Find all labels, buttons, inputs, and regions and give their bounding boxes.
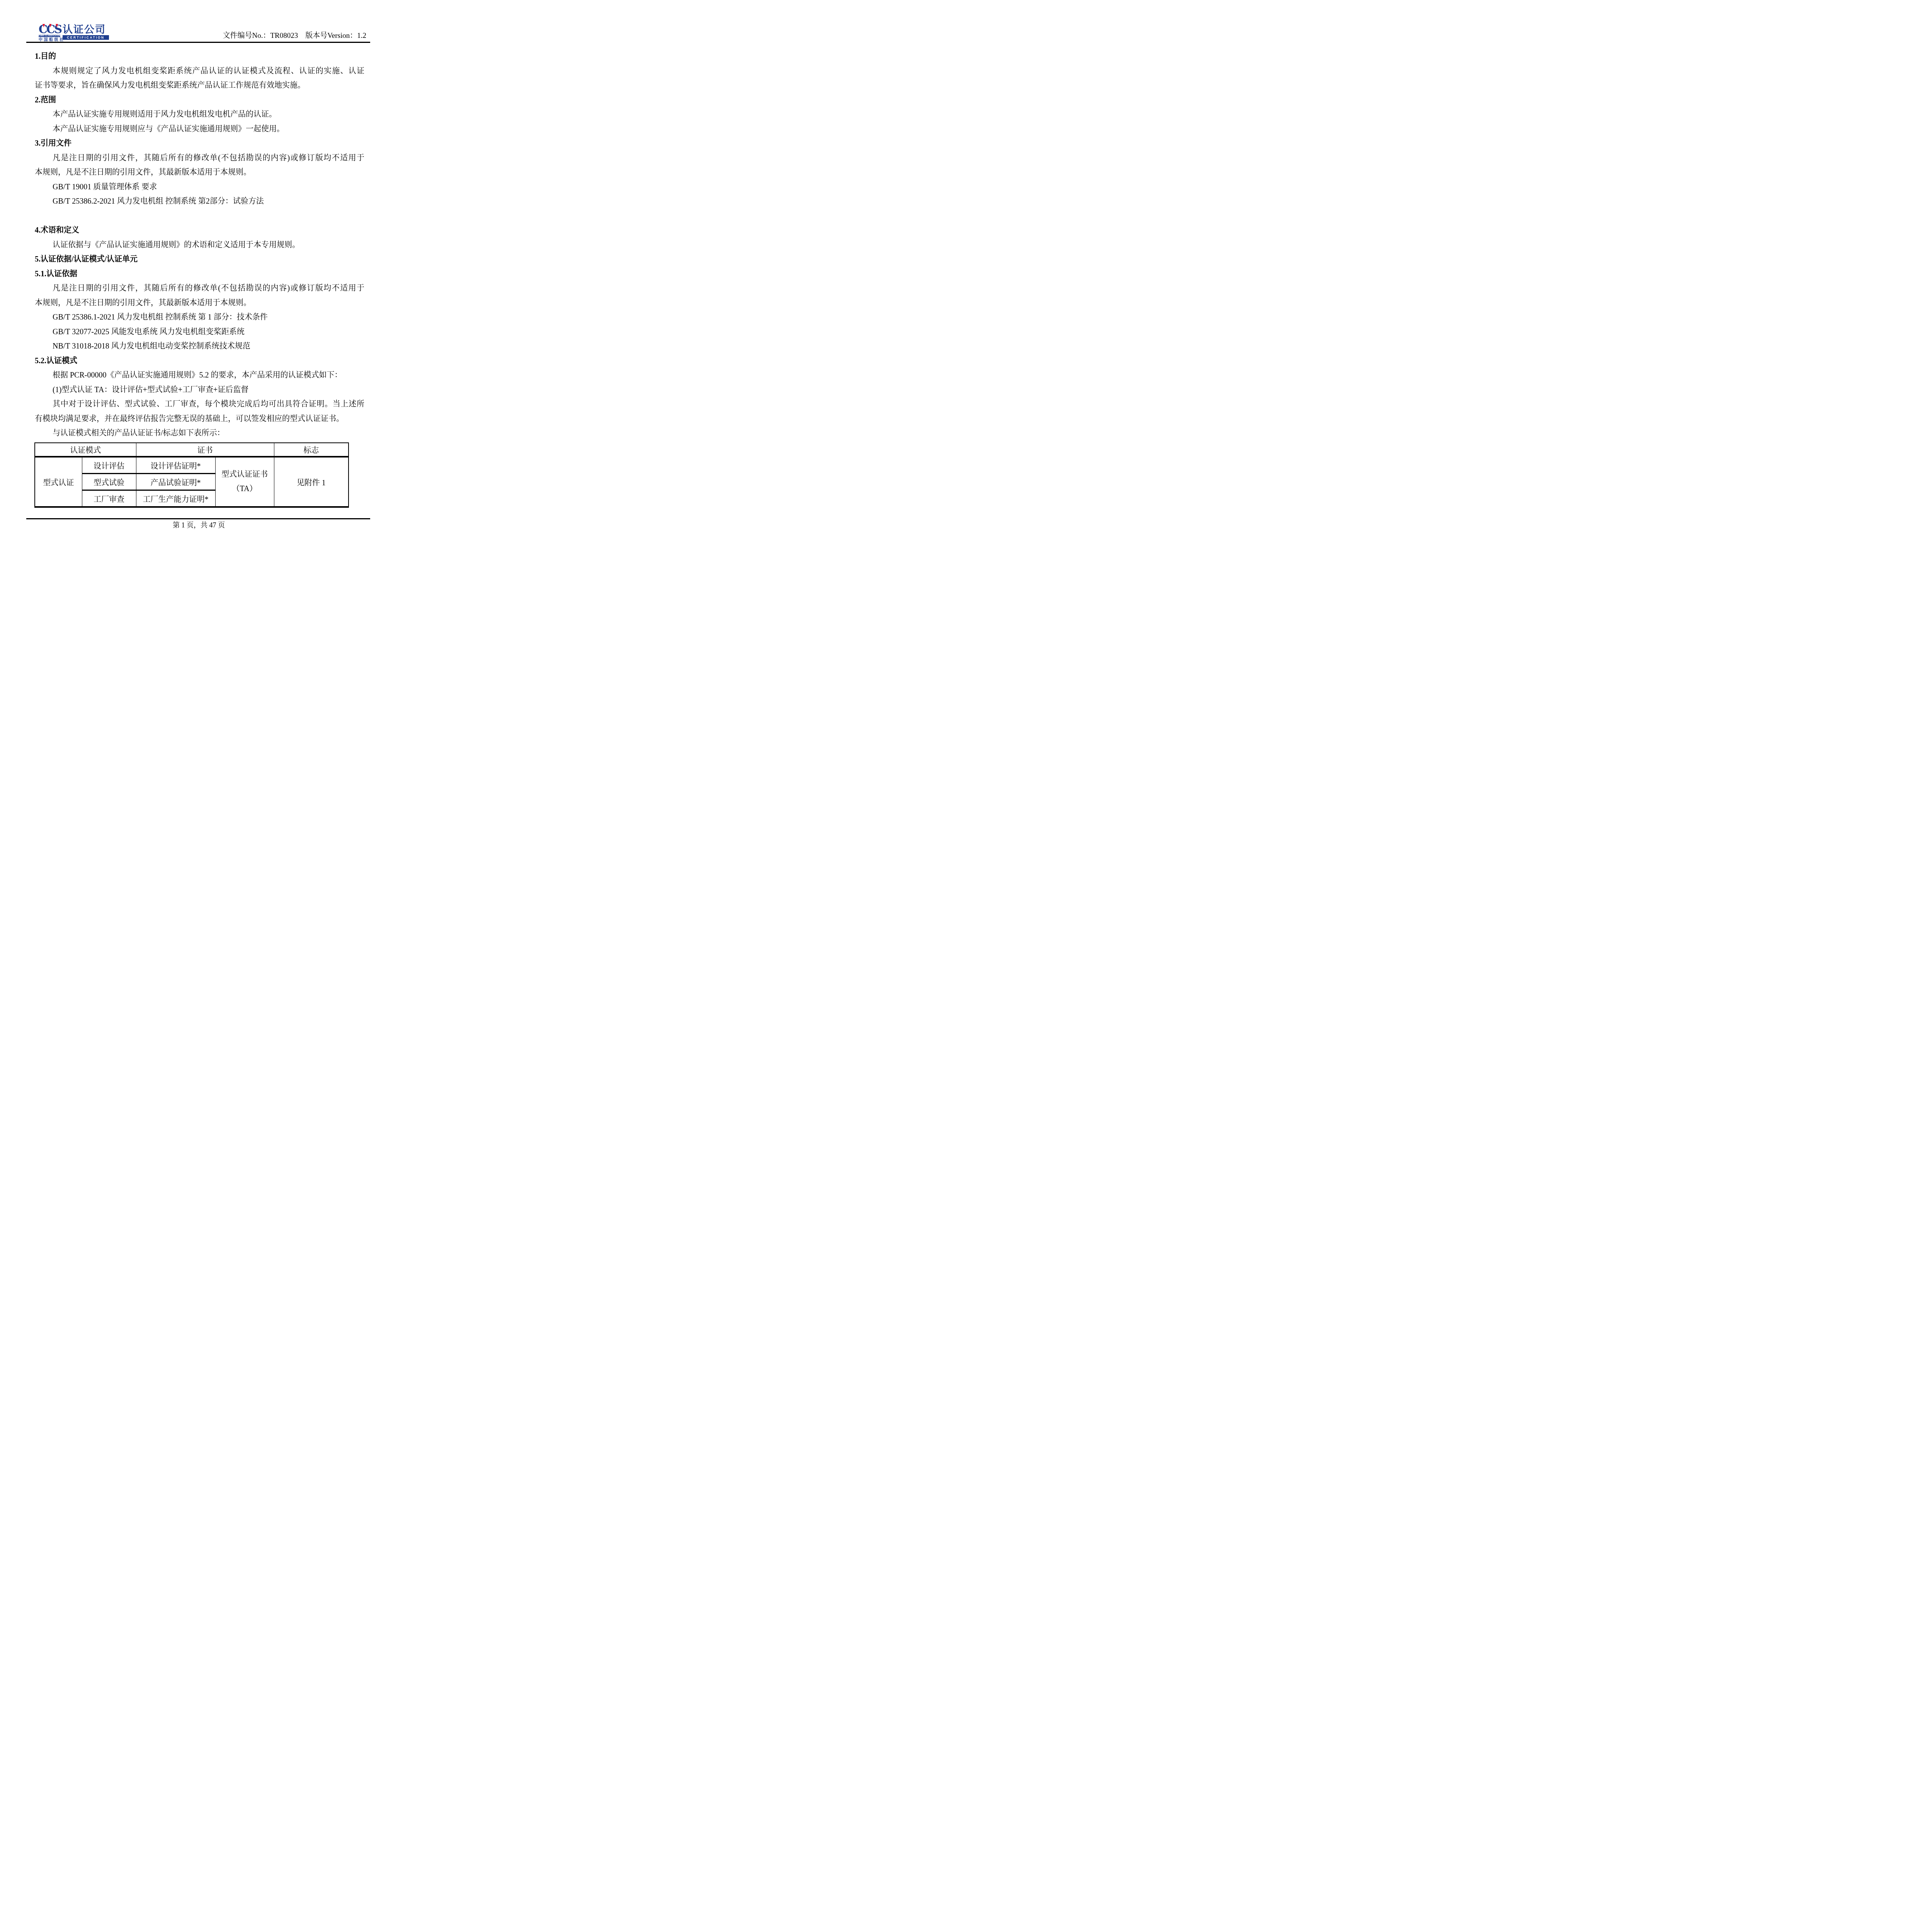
- cell-certificate: 产品试验证明*: [136, 474, 215, 490]
- cell-mode-group: 型式认证: [35, 457, 82, 507]
- body-line: 认证依据与《产品认证实施通用规则》的术语和定义适用于本专用规则。: [35, 238, 364, 253]
- list-item-type-certification: (1)型式认证 TA：设计评估+型式试验+工厂审查+证后监督: [35, 383, 364, 398]
- section-heading-mode: 5.2.认证模式: [35, 354, 364, 369]
- cell-module: 型式试验: [82, 474, 136, 490]
- certification-mode-table: 认证模式 证书 标志 型式认证 设计评估 设计评估证明* 型式认证证书 （TA）…: [34, 442, 349, 508]
- page-footer: 第 1 页，共 47 页: [0, 520, 398, 530]
- type-certificate-code: （TA）: [216, 482, 274, 496]
- cell-mark: 见附件 1: [274, 457, 349, 507]
- cell-certificate: 设计评估证明*: [136, 457, 215, 474]
- cell-module: 工厂审查: [82, 490, 136, 507]
- cell-certificate: 工厂生产能力证明*: [136, 490, 215, 507]
- reference-line: GB/T 19001 质量管理体系 要求: [35, 180, 364, 195]
- body-line: 本规则，凡是不注日期的引用文件，其最新版本适用于本规则。: [35, 296, 364, 311]
- cell-module: 设计评估: [82, 457, 136, 474]
- cell-type-certificate: 型式认证证书 （TA）: [215, 457, 274, 507]
- body-line: 本产品认证实施专用规则适用于风力发电机组发电机产品的认证。: [35, 107, 364, 122]
- ccs-logo-left: CCS CHINA CLASSIFICATION SOCIETY 中国船级社: [39, 25, 60, 42]
- body-line: 证书等要求，旨在确保风力发电机组变桨距系统产品认证工作规范有效地实施。: [35, 78, 364, 93]
- section-heading-references: 3.引用文件: [35, 136, 364, 151]
- section-heading-basis: 5.1.认证依据: [35, 267, 364, 282]
- footer-rule: [26, 518, 370, 519]
- reference-line: GB/T 25386.2-2021 风力发电机组 控制系统 第2部分：试验方法: [35, 194, 364, 209]
- reference-line: GB/T 32077-2025 风能发电系统 风力发电机组变桨距系统: [35, 325, 364, 340]
- body-line: 有模块均满足要求，并在最终评估报告完整无误的基础上，可以签发相应的型式认证证书。: [35, 412, 364, 427]
- reference-line: NB/T 31018-2018 风力发电机组电动变桨控制系统技术规范: [35, 339, 364, 354]
- doc-number-line: 文件编号No.：TR08023 版本号Version：1.2: [223, 32, 366, 40]
- table-intro-line: 与认证模式相关的产品认证证书/标志如下表所示：: [35, 426, 364, 441]
- document-page: CCS CHINA CLASSIFICATION SOCIETY 中国船级社 认…: [0, 0, 398, 562]
- body-line: 本规则规定了风力发电机组变桨距系统产品认证的认证模式及流程、认证的实施、认证: [35, 64, 364, 79]
- body-line: 其中对于设计评估、型式试验、工厂审查，每个模块完成后均可出具符合证明。当上述所: [35, 397, 364, 412]
- document-body: 1.目的 本规则规定了风力发电机组变桨距系统产品认证的认证模式及流程、认证的实施…: [35, 49, 364, 441]
- section-heading-basis-mode-unit: 5.认证依据/认证模式/认证单元: [35, 252, 364, 267]
- body-line: 根据 PCR-00000《产品认证实施通用规则》5.2 的要求，本产品采用的认证…: [35, 368, 364, 383]
- ccs-logo: CCS CHINA CLASSIFICATION SOCIETY 中国船级社 认…: [39, 25, 109, 42]
- table-header-mode: 认证模式: [35, 443, 136, 457]
- table-row: 型式认证 设计评估 设计评估证明* 型式认证证书 （TA） 见附件 1: [35, 457, 349, 474]
- table-header-mark: 标志: [274, 443, 349, 457]
- body-line: 凡是注日期的引用文件，其随后所有的修改单(不包括勘误的内容)或修订版均不适用于: [35, 281, 364, 296]
- section-heading-terms: 4.术语和定义: [35, 223, 364, 238]
- reference-line: GB/T 25386.1-2021 风力发电机组 控制系统 第 1 部分：技术条…: [35, 310, 364, 325]
- body-line: 本产品认证实施专用规则应与《产品认证实施通用规则》一起使用。: [35, 122, 364, 137]
- blank-line: [35, 209, 364, 224]
- ccs-letters-wrap: CCS: [39, 25, 60, 34]
- body-line: 本规则，凡是不注日期的引用文件，其最新版本适用于本规则。: [35, 165, 364, 180]
- table-header-certificate: 证书: [136, 443, 274, 457]
- header-rule: [26, 42, 370, 43]
- body-line: 凡是注日期的引用文件，其随后所有的修改单(不包括勘误的内容)或修订版均不适用于: [35, 151, 364, 166]
- type-certificate-name: 型式认证证书: [216, 468, 274, 482]
- section-heading-purpose: 1.目的: [35, 49, 364, 64]
- logo-company-name: 认证公司: [63, 25, 109, 34]
- table-header-row: 认证模式 证书 标志: [35, 443, 349, 457]
- logo-certification-en: CERTIFICATION: [63, 35, 109, 40]
- section-heading-scope: 2.范围: [35, 93, 364, 108]
- ccs-logo-right: 认证公司 CERTIFICATION: [63, 25, 109, 42]
